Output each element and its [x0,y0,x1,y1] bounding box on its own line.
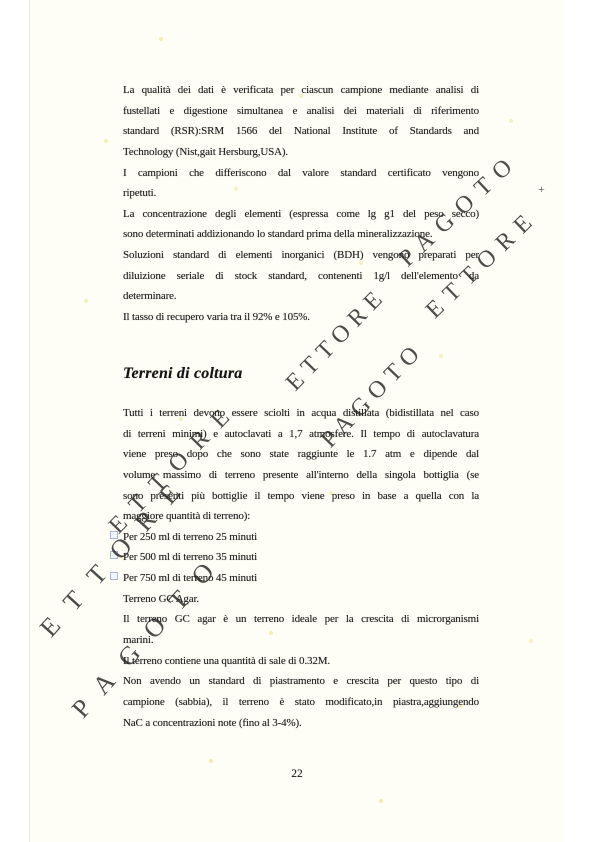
paragraph-block-bottom: Tutti i terreni devono essere sciolti in… [123,403,479,733]
list-item: Per 500 ml di terreno 35 minuti [110,547,479,568]
text-line: I campioni che differiscono dal valore s… [123,163,479,184]
text-line: diluizione seriale di stock standard, co… [123,266,479,287]
text-line: Tutti i terreni devono essere sciolti in… [123,403,479,424]
text-line: Il terreno contiene una quantità di sale… [123,651,479,672]
list-item-text: Per 500 ml di terreno 35 minuti [123,551,257,563]
text-line: La qualità dei dati è verificata per cia… [123,80,479,101]
section-heading: Terreni di coltura [123,365,242,383]
text-line: determinare. [123,286,479,307]
list-item-text: Per 750 ml di terreno 45 minuti [123,572,257,584]
scanned-page: La qualità dei dati è verificata per cia… [29,0,564,842]
scan-noise [30,0,32,2]
text-line: ripetuti. [123,183,479,204]
bullet-square-icon [110,551,118,559]
scanned-document-view: { "document": { "page_number": "22", "se… [0,0,595,842]
text-line: marini. [123,630,479,651]
paragraph-block-top: La qualità dei dati è verificata per cia… [123,80,479,328]
list-item: Per 750 ml di terreno 45 minuti [110,568,479,589]
text-line: Terreno GC Agar. [123,589,479,610]
bullet-square-icon [110,572,118,580]
text-line: standard (RSR):SRM 1566 del National Ins… [123,121,479,142]
text-line: Il terreno GC agar è un terreno ideale p… [123,609,479,630]
text-line: Il tasso di recupero varia tra il 92% e … [123,307,479,328]
text-line: sono presenti più bottiglie il tempo vie… [123,486,479,507]
text-line: volume massimo di terreno presente all'i… [123,465,479,486]
text-line: campione (sabbia), il terreno è stato mo… [123,692,479,713]
text-line: Non avendo un standard di piastramento e… [123,671,479,692]
text-line: maggiore quantità di terreno): [123,506,479,527]
text-line: Technology (Nist,gait Hersburg,USA). [123,142,479,163]
list-item-text: Per 250 ml di terreno 25 minuti [123,531,257,543]
text-line: Soluzioni standard di elementi inorganic… [123,245,479,266]
text-line: La concentrazione degli elementi (espres… [123,204,479,225]
bullet-square-icon [110,531,118,539]
text-line: fustellati e digestione simultanea e ana… [123,101,479,122]
text-line: sono determinati addizionando lo standar… [123,224,479,245]
text-line: viene preso dopo che sono state raggiunt… [123,444,479,465]
text-line: di terreni minimi) e autoclavati a 1,7 a… [123,424,479,445]
page-number: 22 [123,768,471,780]
list-item: Per 250 ml di terreno 25 minuti [110,527,479,548]
text-line: NaC a concentrazioni note (fino al 3-4%)… [123,713,479,734]
